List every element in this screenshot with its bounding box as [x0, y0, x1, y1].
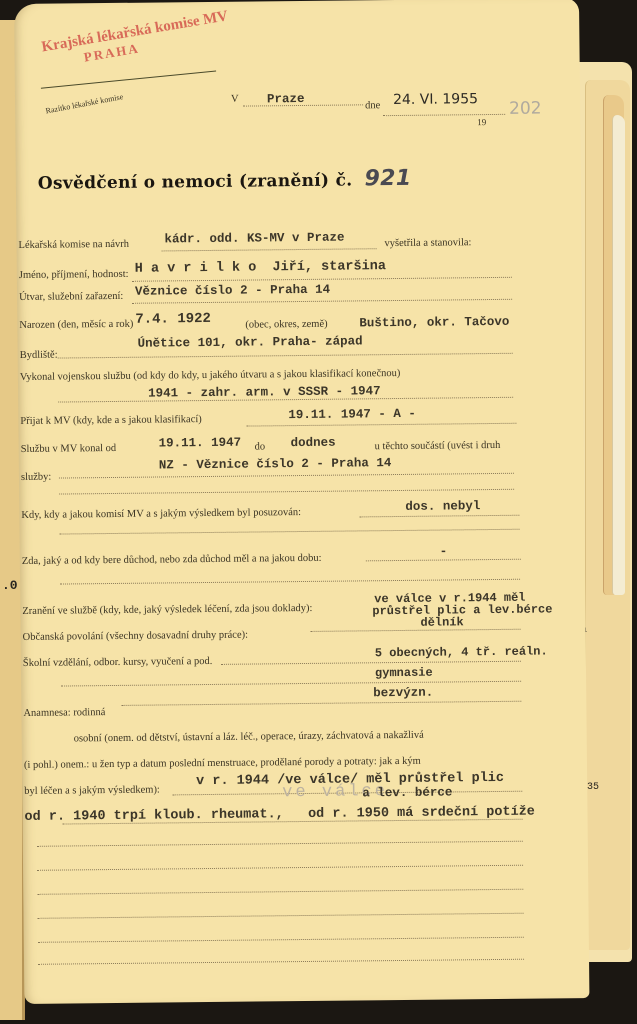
anamnesis-instruction-2: (i pohl.) onem.: u žen typ a datum posle…	[24, 756, 421, 771]
anamnesis-instruction-1: osobní (onem. od dětství, ústavní a láz.…	[74, 730, 424, 745]
place-value: Praze	[267, 92, 305, 106]
field-value-name: H a v r i l k o Jiří, staršina	[135, 259, 386, 277]
field-label: Jméno, příjmení, hodnost:	[19, 269, 129, 281]
date-line	[383, 114, 505, 116]
field-label: Útvar, služební zařazení:	[19, 291, 123, 303]
blank-line	[38, 913, 524, 919]
field-line	[59, 473, 514, 479]
field-line	[121, 701, 521, 706]
field-value-birthplace: Buštino, okr. Tačovo	[359, 315, 509, 331]
field-label: Narozen (den, měsíc a rok)	[19, 319, 133, 331]
stamp-divider	[41, 71, 216, 89]
field-value-military-service: 1941 - zahr. arm. v SSSR - 1947	[148, 384, 381, 400]
field-line	[132, 299, 512, 304]
field-label: služby:	[21, 472, 51, 483]
date-value: 24. VI. 1955	[393, 91, 478, 108]
field-label: Zda, jaký a od kdy bere důchod, nebo zda…	[22, 553, 322, 567]
field-line	[311, 629, 521, 632]
field-line	[162, 248, 377, 251]
field-label: Přijat k MV (kdy, kde a s jakou klasifik…	[20, 414, 201, 427]
field-label-2: (obec, okres, země)	[245, 319, 327, 331]
field-value-pension: -	[440, 544, 448, 558]
certificate-page: Krajská lékařská komise MV PRAHA Razítko…	[14, 0, 589, 1004]
date-label: dne	[365, 100, 380, 111]
field-line	[221, 661, 521, 665]
field-line	[60, 529, 520, 535]
field-label: Zranění ve službě (kdy, kde, jaký výsled…	[22, 603, 312, 617]
field-value-birthdate: 7.4. 1922	[135, 311, 211, 328]
field-label: Kdy, kdy a jakou komisí MV a s jakým výs…	[21, 507, 301, 521]
stamp-caption: Razítko lékařské komise	[45, 92, 124, 115]
field-value-evaluation: dos. nebyl	[405, 499, 480, 514]
field-value-joined-mv: 19.11. 1947 - A -	[288, 407, 416, 422]
page-number: 202	[509, 98, 542, 118]
blank-line	[38, 959, 524, 965]
anamnesis-instruction-3: byl léčen a s jakým výsledkem):	[24, 785, 160, 797]
field-line	[246, 423, 516, 427]
anamnesis-typed-1b: a lev. bérce	[362, 785, 452, 800]
page-title: Osvědčení o nemoci (zranění) č. 921	[38, 166, 412, 195]
blank-line	[37, 889, 523, 895]
field-line	[359, 515, 519, 518]
field-label: Školní vzdělání, odbor. kursy, vyučení a…	[23, 656, 213, 669]
anamnesis-typed-1: v r. 1944 /ve válce/ měl průstřel plic	[196, 771, 504, 789]
edge-note: .0	[2, 578, 18, 593]
commission-stamp: Krajská lékařská komise MV PRAHA	[40, 8, 232, 72]
field-label: Anamnesa: rodinná	[23, 707, 105, 719]
field-value-service-to: dodnes	[291, 436, 336, 450]
field-label: Lékařská komise na návrh	[18, 239, 129, 251]
file-stack-tab	[612, 115, 625, 595]
field-value-education-2: gymnasie	[375, 666, 433, 681]
field-suffix: vyšetřila a stanovila:	[384, 237, 471, 249]
field-value-family-anamnesis: bezvýzn.	[373, 686, 433, 701]
field-line	[59, 489, 514, 495]
field-line	[366, 559, 521, 562]
field-line	[132, 277, 512, 282]
title-text: Osvědčení o nemoci (zranění) č.	[38, 170, 353, 193]
field-label: Vykonal vojenskou službu (od kdy do kdy,…	[20, 368, 401, 383]
field-value-service-units: NZ - Věznice číslo 2 - Praha 14	[159, 456, 392, 472]
place-label: V	[231, 94, 239, 105]
field-label: Službu v MV konal od	[21, 443, 117, 455]
field-line	[61, 681, 521, 687]
field-value-education: 5 obecných, 4 tř. reáln.	[375, 644, 548, 660]
field-label-2: do	[255, 441, 266, 452]
certificate-number: 921	[364, 166, 411, 191]
blank-line	[37, 841, 523, 847]
field-label: Občanská povolání (všechny dosavadní dru…	[23, 630, 248, 643]
year-prefix: 19	[477, 117, 486, 127]
field-suffix: u těchto součástí (uvést i druh	[375, 440, 501, 452]
field-value-unit: Věznice číslo 2 - Praha 14	[135, 283, 330, 299]
field-value-occupation: dělník	[420, 615, 463, 629]
field-line	[60, 579, 520, 585]
blank-line	[38, 937, 524, 943]
field-line	[58, 353, 513, 359]
field-value-proposer: kádr. odd. KS-MV v Praze	[164, 231, 344, 247]
field-value-service-from: 19.11. 1947	[159, 436, 242, 451]
blank-line	[37, 865, 523, 871]
field-value-address: Únětice 101, okr. Praha- západ	[137, 334, 362, 350]
field-label: Bydliště:	[20, 350, 58, 361]
